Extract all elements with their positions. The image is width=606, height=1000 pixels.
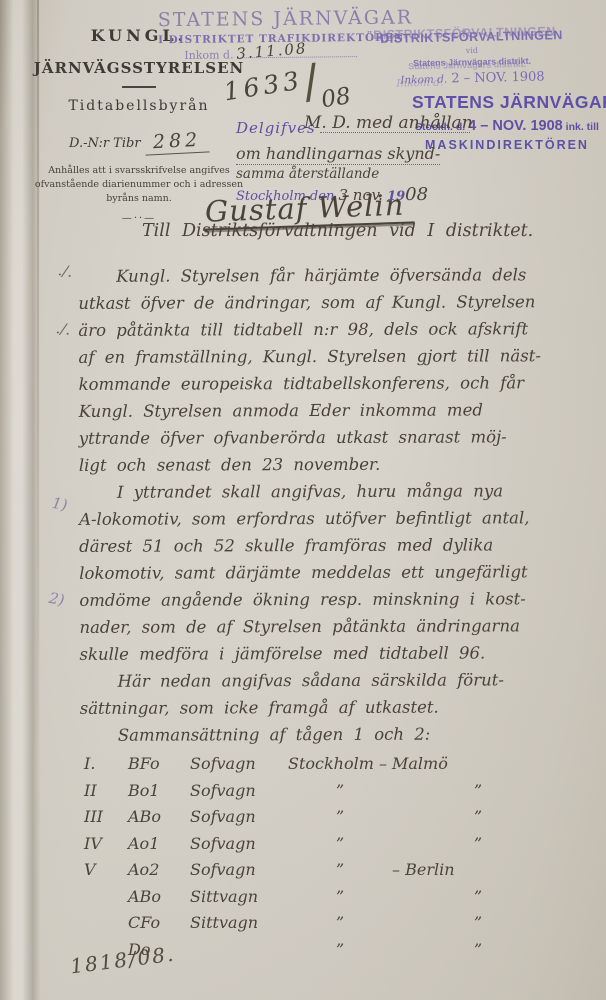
body-line: därest 51 och 52 skulle framföras med dy… [79, 531, 571, 560]
stamp-maskin-org: STATENS JÄRNVÄGAR [412, 92, 602, 113]
wagon-route-from-ditto: ” [288, 857, 392, 884]
diary-number-value: 282 [144, 128, 209, 155]
wagon-numeral: IV [84, 831, 128, 858]
stamp-trafik-org: STATENS JÄRNVÄGAR [158, 7, 383, 31]
wagon-class: Bo1 [128, 778, 190, 805]
delegation-row1: Delgifves M. D. med anhållan [236, 119, 466, 137]
wagon-route-from: Stockholm – [288, 751, 392, 778]
wagon-row: ABo Sittvagn ” ” [84, 884, 564, 911]
diary-fraction-slash: / [299, 53, 323, 109]
wagon-numeral: I. [84, 751, 128, 778]
wagon-numeral: II [84, 778, 128, 805]
wagon-type: Sofvagn [190, 804, 288, 831]
stamp-distriktsforvaltningen: DISTRIKTSFÖRVALTNINGEN vid Statens Järnv… [361, 28, 582, 89]
wagon-route-to-ditto: ” [392, 831, 564, 858]
body-line: yttrande öfver ofvanberörda utkast snara… [79, 423, 571, 452]
wagon-class: CFo [128, 910, 190, 937]
wagon-numeral: V [84, 857, 128, 884]
wagon-row: CFo Sittvagn ” ” [84, 910, 564, 937]
margin-mark-point-1: 1) [51, 494, 69, 514]
wagon-route-to-ditto: ” [392, 884, 564, 911]
wagon-class: BFo [128, 751, 190, 778]
body-line: kommande europeiska tidtabellskonferens,… [79, 369, 571, 398]
body-line: skulle medföra i jämförelse med tidtabel… [79, 639, 571, 668]
body-line: Kungl. Styrelsen får härjämte öfversända… [78, 261, 570, 290]
wagon-row: II Bo1 Sofvagn ” ” [84, 778, 564, 805]
margin-mark-enclosure-2: ./. [55, 319, 72, 339]
body-line: lokomotiv, samt därjämte meddelas ett un… [79, 558, 571, 587]
wagon-type: Sofvagn [190, 857, 288, 884]
margin-mark-enclosure-1: ./. [57, 261, 74, 281]
wagon-route-from-ditto: ” [288, 884, 392, 911]
wagon-route-to-ditto: ” [392, 937, 564, 964]
diary-number-label: D.-N:r Tibr [69, 136, 141, 151]
stamp-distrikt-received-row: Inkom d. 2 – NOV. 1908 [362, 69, 582, 89]
letterhead-rule [122, 86, 156, 88]
wagon-route-from-ditto: ” [288, 910, 392, 937]
letterhead-org-line2: JÄRNVÄGSSTYRELSEN [28, 59, 250, 77]
wagon-type: Sofvagn [190, 778, 288, 805]
body-line: sättningar, som icke framgå af utkastet. [80, 693, 572, 722]
body-line: A-lokomotiv, som erfordras utöfver befin… [79, 504, 571, 533]
wagon-composition-list: I. BFo Sofvagn Stockholm – Malmö II Bo1 … [84, 751, 564, 963]
wagon-class: ABo [128, 884, 190, 911]
letterhead-note-line2: ofvanstående diarienummer och i adressen [28, 178, 250, 192]
wagon-route-to-ditto: ” [392, 910, 564, 937]
body-line: nader, som de af Styrelsen påtänkta ändr… [79, 612, 571, 641]
wagon-class: ABo [128, 804, 190, 831]
delegation-hand-line1: M. D. med anhållan [304, 113, 473, 133]
wagon-route-from-ditto: ” [288, 804, 392, 831]
diary-fraction-denominator: 08 [320, 83, 353, 113]
wagon-numeral: III [84, 804, 128, 831]
wagon-row: V Ao2 Sofvagn ” – Berlin [84, 857, 564, 884]
stamp-maskin-suffix: ink. till [566, 121, 599, 133]
wagon-route-to: Malmö [392, 751, 564, 778]
diary-fraction-numerator: 1633 [222, 65, 305, 106]
wagon-route-to: – Berlin [392, 857, 564, 884]
wagon-route-to-ditto: ” [392, 804, 564, 831]
body-line: utkast öfver de ändringar, som af Kungl.… [78, 288, 570, 317]
delegation-hand-line3: samma återställande [236, 166, 466, 182]
scanned-letter-page: KUNGL. JÄRNVÄGSSTYRELSEN Tidtabellsbyrån… [0, 0, 606, 1000]
body-line: Kungl. Styrelsen anmoda Eder inkomma med [79, 396, 571, 425]
wagon-type [190, 937, 288, 964]
letter-body: Kungl. Styrelsen får härjämte öfversända… [78, 261, 572, 749]
body-line: Sammansättning af tågen 1 och 2: [80, 720, 572, 749]
stamp-distrikt-received-date: 2 – NOV. 1908 [451, 69, 545, 86]
delegation-hand-line2: om handlingarnas skynd- [236, 144, 440, 165]
body-line: I yttrandet skall angifvas, huru många n… [79, 477, 571, 506]
stamp-distrikt-subline: Statens Järnvägars distrikt. [362, 55, 582, 70]
body-line: omdöme angående ökning resp. minskning i… [79, 585, 571, 614]
body-line: af en framställning, Kungl. Styrelsen gj… [78, 342, 570, 371]
stamp-maskin-date: 4 – NOV. 1908 [468, 118, 563, 134]
wagon-type: Sittvagn [190, 910, 288, 937]
diary-number-row: D.-N:r Tibr 282 [28, 130, 250, 154]
body-line: Här nedan angifvas sådana särskilda föru… [80, 666, 572, 695]
address-line: Till Distriktsförvaltningen vid I distri… [142, 221, 533, 241]
wagon-type: Sofvagn [190, 831, 288, 858]
wagon-class: Ao2 [128, 857, 190, 884]
wagon-numeral [84, 884, 128, 911]
letterhead-bureau: Tidtabellsbyrån [28, 98, 250, 114]
wagon-row: IV Ao1 Sofvagn ” ” [84, 831, 564, 858]
letterhead-note-line1: Anhålles att i svarsskrifvelse angifves [28, 164, 250, 178]
wagon-type: Sittvagn [190, 884, 288, 911]
wagon-numeral [84, 910, 128, 937]
wagon-route-from-ditto: ” [288, 778, 392, 805]
wagon-class: Ao1 [128, 831, 190, 858]
wagon-row: I. BFo Sofvagn Stockholm – Malmö [84, 751, 564, 778]
body-line: äro påtänkta till tidtabell n:r 98, dels… [78, 315, 570, 344]
stamp-distrikt-received-label: Inkom d. [400, 74, 447, 87]
wagon-route-from-ditto: ” [288, 831, 392, 858]
wagon-type: Sofvagn [190, 751, 288, 778]
wagon-route-to-ditto: ” [392, 778, 564, 805]
wagon-row: III ABo Sofvagn ” ” [84, 804, 564, 831]
body-line: ligt och senast den 23 november. [79, 450, 571, 479]
margin-mark-point-2: 2) [48, 589, 66, 609]
wagon-route-from-ditto: ” [288, 937, 392, 964]
